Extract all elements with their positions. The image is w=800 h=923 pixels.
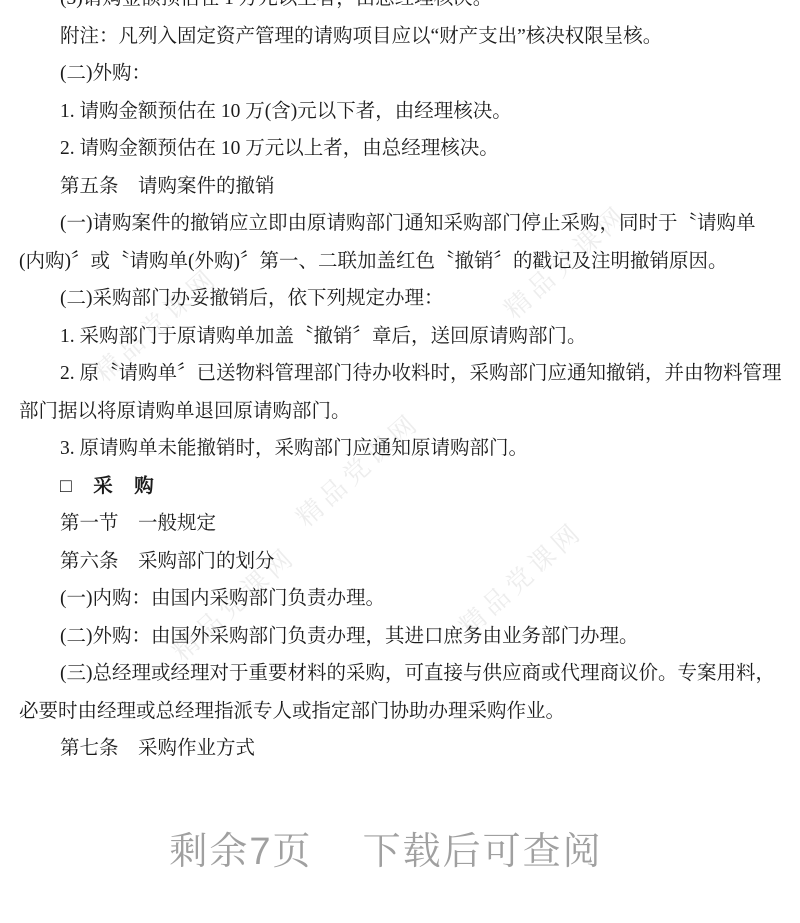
doc-line-item: (一)请购案件的撤销应立即由原请购部门通知采购部门停止采购，同时于〝请购单 [19, 205, 781, 243]
pages-left-label: 剩余7页 [169, 820, 312, 875]
doc-line-item: 1. 采购部门于原请购单加盖〝撤销〞章后，送回原请购部门。 [19, 318, 781, 356]
article-7-heading: 第七条 采购作业方式 [19, 730, 781, 768]
remaining-pages-note: 剩余7页 下载后可查阅 [0, 820, 786, 875]
doc-line-note: 附注：凡列入固定资产管理的请购项目应以“财产支出”核决权限呈核。 [19, 18, 781, 56]
doc-line-item: (三)总经理或经理对于重要材料的采购，可直接与供应商或代理商议价。专案用料， [19, 655, 781, 693]
doc-line-item: 2. 原〝请购单〞已送物料管理部门待办收料时，采购部门应通知撤销，并由物料管理 [19, 355, 781, 393]
document-page: 精品党课网 精品党课网 精品党课网 精品党课网 精品党课网 (3)请购金额预估在… [0, 0, 800, 923]
doc-line-item: (二)外购： [19, 55, 781, 93]
doc-line-item: (一)内购：由国内采购部门负责办理。 [19, 580, 781, 618]
doc-line-continuation: 必要时由经理或总经理指派专人或指定部门协助办理采购作业。 [19, 693, 781, 731]
article-5-heading: 第五条 请购案件的撤销 [19, 168, 781, 206]
doc-line-item: 2. 请购金额预估在 10 万元以上者，由总经理核决。 [19, 130, 781, 168]
article-6-heading: 第六条 采购部门的划分 [19, 543, 781, 581]
doc-line-item: (二)外购：由国外采购部门负责办理，其进口庶务由业务部门办理。 [19, 618, 781, 656]
doc-line-item: 1. 请购金额预估在 10 万(含)元以下者，由经理核决。 [19, 93, 781, 131]
doc-line-item: (二)采购部门办妥撤销后，依下列规定办理： [19, 280, 781, 318]
doc-line-clipped: (3)请购金额预估在 1 万元以上者，由总经理核决。 [19, 0, 781, 18]
section-1-heading: 第一节 一般规定 [19, 505, 781, 543]
section-caigou-heading: □ 采 购 [19, 468, 781, 506]
doc-line-continuation: 部门据以将原请购单退回原请购部门。 [19, 393, 781, 431]
doc-line-continuation: (内购)〞或〝请购单(外购)〞第一、二联加盖红色〝撤销〞的戳记及注明撤销原因。 [19, 243, 781, 281]
download-hint-label: 下载后可查阅 [363, 820, 603, 875]
document-body: (3)请购金额预估在 1 万元以上者，由总经理核决。 附注：凡列入固定资产管理的… [19, 0, 781, 768]
doc-line-item: 3. 原请购单未能撤销时，采购部门应通知原请购部门。 [19, 430, 781, 468]
